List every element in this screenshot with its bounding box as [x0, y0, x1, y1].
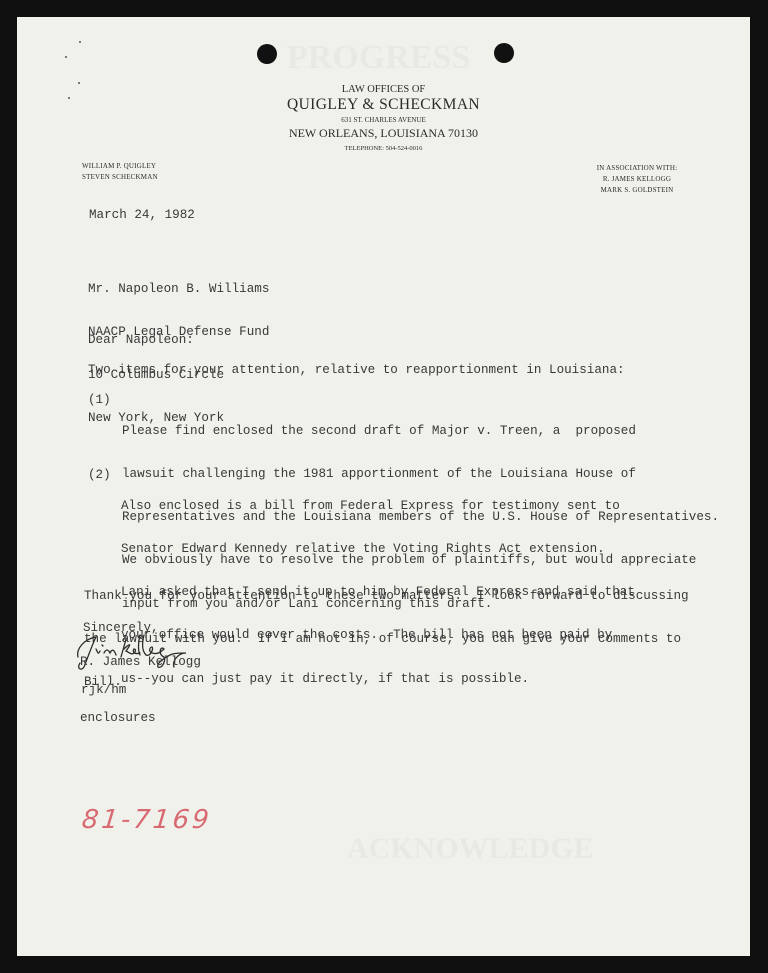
- associate-name: MARK S. GOLDSTEIN: [577, 185, 697, 196]
- item-line: Please find enclosed the second draft of…: [122, 424, 719, 438]
- hole-punch-left: [257, 44, 277, 64]
- letter-date: March 24, 1982: [89, 208, 195, 222]
- speck: [65, 56, 67, 58]
- recipient-line: Mr. Napoleon B. Williams: [88, 282, 269, 296]
- closing-line: Thank you for your attention to these tw…: [84, 589, 689, 603]
- speck: [79, 41, 81, 43]
- partners-list: WILLIAM P. QUIGLEY STEVEN SCHECKMAN: [82, 161, 158, 183]
- bleed-through-bottom: ACKNOWLEDGE: [347, 832, 594, 866]
- firm-telephone: TELEPHONE: 504-524-0016: [17, 145, 750, 152]
- enclosures-note: enclosures: [80, 711, 156, 725]
- firm-street: 631 ST. CHARLES AVENUE: [17, 116, 750, 124]
- partner-name: WILLIAM P. QUIGLEY: [82, 161, 158, 172]
- letterhead-label: LAW OFFICES OF: [17, 84, 750, 95]
- typist-initials: rjk/hm: [81, 683, 126, 697]
- intro-paragraph: Two items for your attention, relative t…: [88, 363, 625, 377]
- associate-name: R. JAMES KELLOGG: [577, 174, 697, 185]
- salutation: Dear Napoleon:: [88, 333, 194, 347]
- item-1-number: (1): [88, 393, 111, 407]
- closing-line: Bill.: [84, 675, 689, 689]
- association-block: IN ASSOCIATION WITH: R. JAMES KELLOGG MA…: [577, 163, 697, 196]
- handwritten-file-number: 81-7169: [80, 805, 213, 835]
- firm-city: NEW ORLEANS, LOUISIANA 70130: [17, 126, 750, 141]
- item-2-number: (2): [88, 468, 111, 482]
- firm-name: QUIGLEY & SCHECKMAN: [17, 96, 750, 114]
- bleed-through-top: PROGRESS: [287, 39, 470, 77]
- association-label: IN ASSOCIATION WITH:: [577, 163, 697, 174]
- hole-punch-right: [494, 43, 514, 63]
- signer-name: R. James Kellogg: [80, 655, 201, 669]
- partner-name: STEVEN SCHECKMAN: [82, 172, 158, 183]
- item-line: Also enclosed is a bill from Federal Exp…: [121, 499, 635, 513]
- item-line: Senator Edward Kennedy relative the Voti…: [121, 542, 635, 556]
- letter-page: PROGRESS ACKNOWLEDGE LAW OFFICES OF QUIG…: [17, 17, 750, 956]
